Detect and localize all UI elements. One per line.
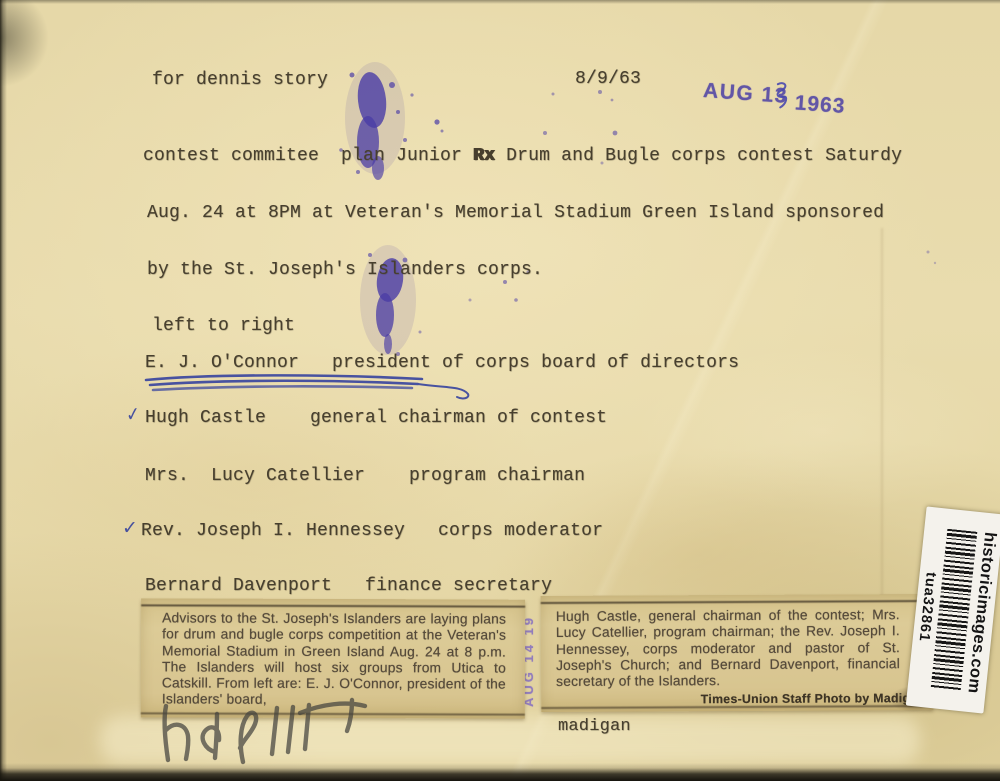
- press-photo-verso-scan: for dennis story 8/9/63 contest commitee…: [0, 0, 1000, 781]
- body-line-1: contest commitee plan Junior Rx Drum and…: [143, 146, 902, 166]
- date-received-stamp: AUG 13 1963: [702, 79, 846, 113]
- body-line-1-post: Drum and Bugle corps contest Saturdy: [495, 146, 902, 166]
- clipping-left-column-text: Advisors to the St. Joseph's Islanders a…: [162, 610, 506, 709]
- clipping-top-rule: [141, 604, 525, 607]
- assignment-note: for dennis story: [152, 70, 328, 90]
- pen-checkmark-hennessey: ✓: [122, 517, 138, 539]
- barcode-sticker: historicimages.com tua32861: [906, 506, 1000, 713]
- body-line-3: by the St. Joseph's Islanders corps.: [147, 260, 543, 280]
- list-intro: left to right: [152, 316, 295, 336]
- photo-credit-line: Times-Union Staff Photo by Madigan: [701, 691, 926, 706]
- body-line-1-overstrike: Rx: [473, 146, 495, 166]
- credit-line-oconnor: E. J. O'Connor president of corps board …: [145, 353, 739, 373]
- credit-line-catellier: Mrs. Lucy Catellier program chairman: [145, 466, 585, 486]
- clipping-bottom-rule: [141, 712, 525, 715]
- credit-line-castle: Hugh Castle general chairman of contest: [145, 408, 607, 428]
- pen-checkmark-castle: ✓: [125, 403, 142, 427]
- credit-line-davenport: Bernard Davenport finance secretary: [145, 576, 552, 596]
- pen-overwrite-mark: [772, 81, 792, 112]
- credit-line-hennessey: Rev. Joseph I. Hennessey corps moderator: [141, 521, 603, 541]
- stamp-month: AUG: [702, 79, 755, 106]
- paper-light-band: [100, 716, 920, 764]
- photographer-note: madigan: [558, 717, 631, 736]
- paper-crease: [881, 228, 883, 613]
- stamp-year: 1963: [794, 91, 846, 118]
- stamp-day-overwritten-digit: 3: [774, 84, 789, 109]
- clipping-top-rule: [541, 600, 933, 604]
- body-line-1-pre: contest commitee plan Junior: [143, 146, 473, 166]
- newspaper-clipping-left: Advisors to the St. Joseph's Islanders a…: [141, 598, 525, 718]
- newspaper-clipping-right: Hugh Castle, general chairman of the con…: [541, 594, 934, 712]
- date-note: 8/9/63: [575, 69, 641, 89]
- body-line-2: Aug. 24 at 8PM at Veteran's Memorial Sta…: [147, 203, 884, 223]
- clipping-right-column-text: Hugh Castle, general chairman of the con…: [556, 607, 900, 690]
